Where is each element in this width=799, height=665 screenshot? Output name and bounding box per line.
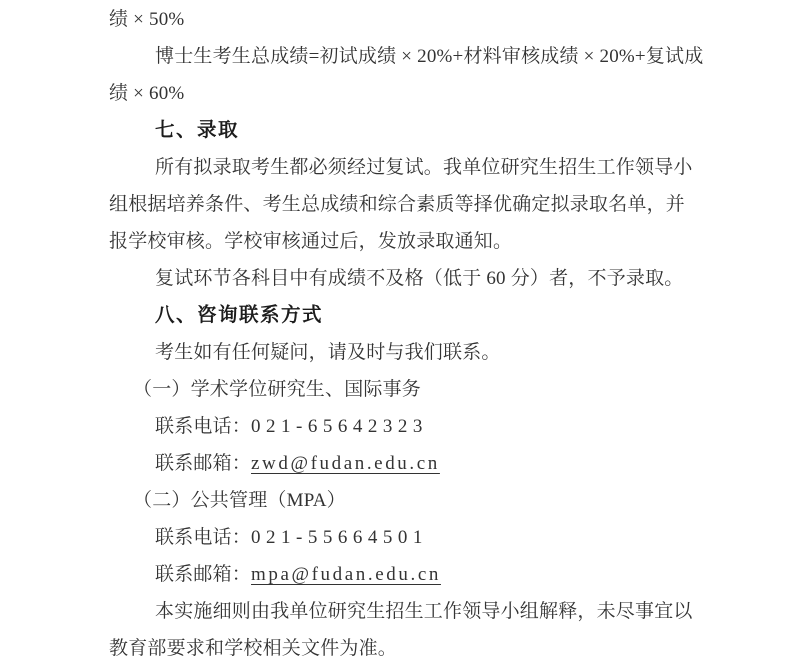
section-admission-heading: 七、录取 xyxy=(109,112,799,149)
closing-line2: 教育部要求和学校相关文件为准。 xyxy=(109,630,799,665)
formula-doctoral-line1: 博士生考生总成绩=初试成绩 × 20%+材料审核成绩 × 20%+复试成 xyxy=(109,38,799,75)
contact-group1-email-line: 联系邮箱：zwd@fudan.edu.cn xyxy=(109,445,799,482)
email-link-zwd[interactable]: zwd@fudan.edu.cn xyxy=(251,453,440,474)
admission-para1-line3: 报学校审核。学校审核通过后，发放录取通知。 xyxy=(109,223,799,260)
admission-para2: 复试环节各科目中有成绩不及格（低于 60 分）者，不予录取。 xyxy=(109,260,799,297)
email-label: 联系邮箱： xyxy=(155,453,251,474)
phone-label: 联系电话： xyxy=(155,527,251,548)
closing-line1: 本实施细则由我单位研究生招生工作领导小组解释，未尽事宜以 xyxy=(109,593,799,630)
section-contact-heading: 八、咨询联系方式 xyxy=(109,297,799,334)
contact-group2-phone-line: 联系电话：021-55664501 xyxy=(109,519,799,556)
formula-masters-tail: 绩 × 50% xyxy=(109,1,799,38)
formula-doctoral-line2: 绩 × 60% xyxy=(109,75,799,112)
phone-label: 联系电话： xyxy=(155,416,251,437)
email-label: 联系邮箱： xyxy=(155,564,251,585)
contact-group1-title: （一）学术学位研究生、国际事务 xyxy=(109,371,799,408)
contact-group2-title: （二）公共管理（MPA） xyxy=(109,482,799,519)
contact-intro: 考生如有任何疑问，请及时与我们联系。 xyxy=(109,334,799,371)
contact-group2-email-line: 联系邮箱：mpa@fudan.edu.cn xyxy=(109,556,799,593)
email-link-mpa[interactable]: mpa@fudan.edu.cn xyxy=(251,564,441,585)
admission-para1-line2: 组根据培养条件、考生总成绩和综合素质等择优确定拟录取名单，并 xyxy=(109,186,799,223)
contact-group1-phone-line: 联系电话：021-65642323 xyxy=(109,408,799,445)
phone-number: 021-65642323 xyxy=(251,416,428,437)
admission-para1-line1: 所有拟录取考生都必须经过复试。我单位研究生招生工作领导小 xyxy=(109,149,799,186)
phone-number: 021-55664501 xyxy=(251,527,428,548)
document-page: 绩 × 50% 博士生考生总成绩=初试成绩 × 20%+材料审核成绩 × 20%… xyxy=(0,0,799,665)
